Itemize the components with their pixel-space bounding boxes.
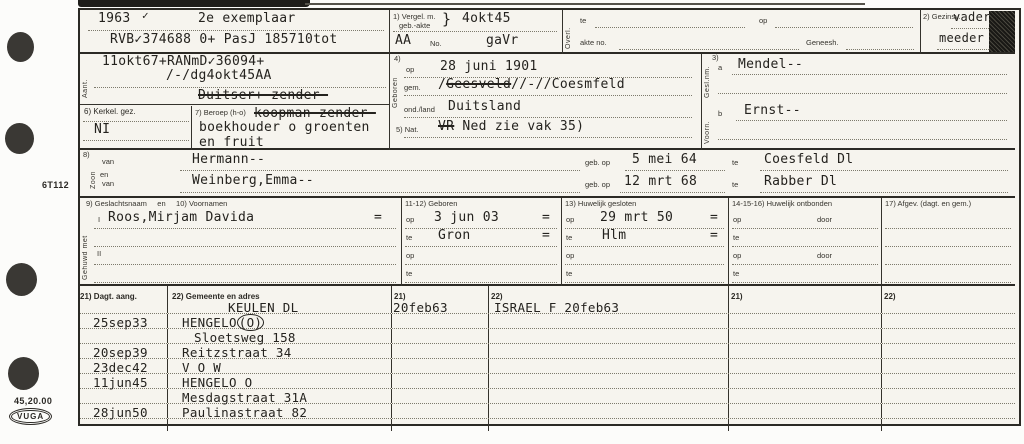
geboren-gem-label: gem. — [404, 84, 421, 92]
dotted-rule — [180, 191, 580, 193]
beroep-cell: 7) Beroep (h-o) koopman-zender- boekhoud… — [192, 106, 390, 150]
aant-beroep-cell: Aant. 11okt67+RANmD✓36094+ /-/dg4okt45AA… — [80, 54, 390, 150]
scanned-registration-card-page: 6T112 45,20.00 VUGA 1963 ✓ 2e exemplaar … — [0, 0, 1024, 444]
moeder-plaats-value: Rabber Dl — [764, 175, 837, 189]
gehuwd-vertical-label: Gehuwd met — [82, 212, 89, 280]
op-label-r1: op — [733, 216, 741, 224]
header-11-12: 11-12) Geboren — [405, 200, 457, 208]
residence-row: KEULEN DL 20feb63 ISRAEL F 20feb63 — [80, 299, 1015, 314]
form-price: 45,20.00 — [14, 396, 52, 406]
kerkel-label: 6) Kerkel. gez. — [84, 108, 136, 116]
dotted-rule — [732, 73, 1007, 75]
dotted-rule — [94, 227, 396, 229]
no-label: No. — [430, 40, 442, 48]
eq-mark: = — [710, 211, 718, 225]
ouders-num: 8) — [83, 151, 90, 159]
section-registration: 1963 ✓ 2e exemplaar RVB✓374688 0+ PasJ 1… — [80, 10, 1015, 54]
corner-hatch-mark — [989, 11, 1015, 52]
field-2-gezinsv: 2) Gezinsv. vader meeder — [920, 10, 1015, 54]
geslnm-vertical-label: Gesl.nm. — [704, 60, 711, 98]
dotted-rule — [846, 48, 914, 50]
vader-naam-value: Hermann-- — [192, 153, 265, 167]
residence-row: 25sep33 HENGELO(O) — [80, 314, 1015, 329]
beroep-value-3: en fruit — [199, 136, 264, 150]
form-code: 6T112 — [42, 180, 69, 190]
huwelijk-gesloten-cell: 13) Huwelijk gesloten op 29 mrt 50 = te … — [562, 198, 729, 286]
field-1-label: 1) Vergel. m. — [393, 13, 436, 21]
dotted-rule — [88, 29, 384, 31]
gem-struck: Geesveld — [446, 77, 511, 92]
moeder-naam-value: Weinberg,Emma-- — [192, 174, 314, 188]
address-value: HENGELO — [182, 315, 237, 330]
te-label-r2: te — [406, 234, 412, 242]
residence-row: 11jun45 HENGELO O — [80, 374, 1015, 389]
dotted-rule — [565, 245, 724, 247]
section-parents: 8) Zoon van Hermann-- en van Weinberg,Em… — [80, 150, 1015, 198]
huw-te-value: Hlm — [602, 229, 626, 243]
vader-geb-value: 5 mei 64 — [632, 153, 697, 167]
geb-te-value: Gron — [438, 229, 471, 243]
te-label-r2: te — [733, 234, 739, 242]
dotted-rule — [775, 26, 913, 28]
geslachtsnaam-value: Mendel-- — [738, 58, 803, 72]
header-14-16: 14-15-16) Huwelijk ontbonden — [732, 200, 832, 208]
eq-mark: = — [710, 229, 718, 243]
dotted-rule — [565, 281, 724, 283]
echtgenote-value: Roos,Mirjam Davida — [108, 211, 254, 225]
scan-edge-line — [305, 3, 865, 5]
en-label: en — [100, 171, 108, 179]
dotted-rule — [718, 138, 1007, 140]
nat-struck: VR — [438, 119, 454, 134]
door-label-r1: door — [817, 216, 832, 224]
naam-num: 3) — [712, 54, 719, 62]
gem-rest: //-//Coesmfeld — [511, 77, 625, 92]
dotted-rule — [885, 227, 1011, 229]
geboren-11-12-cell: 11-12) Geboren op 3 jun 03 = te Gron = o… — [402, 198, 562, 286]
vader-plaats-value: Coesfeld Dl — [764, 153, 853, 167]
dotted-rule — [565, 227, 724, 229]
dotted-rule — [180, 169, 580, 171]
te-label-r4: te — [733, 270, 739, 278]
geb-op-value: 3 jun 03 — [434, 211, 499, 225]
header-13: 13) Huwelijk gesloten — [565, 200, 636, 208]
vergel-date-value: 4okt45 — [462, 12, 511, 26]
te-label-2: te — [732, 181, 738, 189]
dotted-rule — [951, 27, 989, 29]
dotted-rule — [94, 263, 396, 265]
residence-header-row: 21) Dagt. aang. 22) Gemeente en adres 21… — [80, 286, 1015, 299]
aant-line-3-struck: Duitser+-zender- — [198, 89, 328, 103]
gezinsv-value-1: vader — [953, 11, 991, 24]
dotted-rule — [94, 281, 396, 283]
residence-row: Mesdagstraat 31A — [80, 389, 1015, 404]
kerkel-value: NI — [94, 123, 110, 137]
punch-hole-3 — [6, 263, 37, 296]
geboren-op-label: op — [406, 66, 414, 74]
dotted-rule — [760, 191, 1008, 193]
dotted-rule — [405, 263, 557, 265]
dotted-rule — [404, 136, 692, 138]
door-label-r3: door — [817, 252, 832, 260]
afgev-cell: 17) Afgev. (dagt. en gem.) — [882, 198, 1015, 286]
header-17: 17) Afgev. (dagt. en gem.) — [885, 200, 971, 208]
field-1-vergel: 1) Vergel. m. geb.-akte } 4okt45 AA No. … — [390, 10, 562, 54]
moeder-geb-value: 12 mrt 68 — [624, 175, 697, 189]
dotted-rule — [405, 245, 557, 247]
op-label-r3: op — [733, 252, 741, 260]
op-label-r1: op — [406, 216, 414, 224]
dotted-rule — [732, 281, 878, 283]
dotted-rule — [736, 119, 1007, 121]
naam-cell: 3) Gesl.nm. a Mendel-- Voorn. b Ernst-- — [702, 54, 1015, 150]
b-label: b — [718, 110, 722, 118]
aant-vertical-label: Aant. — [82, 62, 89, 98]
te-label-1: te — [732, 159, 738, 167]
te-label-r4: te — [406, 270, 412, 278]
dotted-rule — [565, 263, 724, 265]
punch-hole-4 — [8, 357, 39, 390]
van-label-2: van — [102, 180, 114, 188]
registration-number: RVB✓374688 0+ PasJ 185710tot — [110, 33, 338, 47]
eq-mark: = — [374, 211, 382, 225]
gehuwd-cell: 9) Geslachtsnaam en 10) Voornamen Gehuwd… — [80, 198, 402, 286]
dotted-rule — [405, 281, 557, 283]
eq-mark: = — [542, 229, 550, 243]
akte-no-value: gaVr — [486, 34, 519, 48]
dotted-rule — [937, 48, 989, 50]
year-value: 1963 — [98, 12, 131, 26]
header-9-10: 9) Geslachtsnaam en 10) Voornamen — [86, 200, 227, 208]
beroep-value-2: boekhouder o groenten — [199, 121, 370, 135]
voornaam-value: Ernst-- — [744, 104, 801, 118]
eq-mark: = — [542, 211, 550, 225]
row-i-label: I — [98, 216, 100, 224]
dotted-rule — [732, 245, 878, 247]
nat-value: VR Ned zie vak 35) — [438, 120, 584, 134]
dotted-rule — [625, 169, 725, 171]
op-label: op — [759, 17, 767, 25]
dotted-rule — [83, 120, 189, 122]
exemplaar-value: 2e exemplaar — [198, 12, 296, 26]
scan-smudge — [78, 0, 310, 7]
geneesh-label: Geneesh. — [806, 39, 839, 47]
geboren-op-value: 28 juni 1901 — [440, 60, 538, 74]
brace-glyph: } — [442, 11, 451, 28]
van-label-1: van — [102, 158, 114, 166]
dotted-rule — [760, 169, 1008, 171]
dotted-rule — [83, 139, 189, 141]
huw-op-value: 29 mrt 50 — [600, 211, 673, 225]
dotted-rule — [620, 191, 725, 193]
zoon-vertical-label: Zoon — [90, 159, 97, 189]
dotted-rule — [619, 48, 799, 50]
check-mark: ✓ — [142, 10, 149, 22]
residence-row: 20sep39 Reitzstraat 34 — [80, 344, 1015, 359]
section-marriage: 9) Geslachtsnaam en 10) Voornamen Gehuwd… — [80, 198, 1015, 286]
te-label-r4: te — [566, 270, 572, 278]
beroep-label: 7) Beroep (h-o) — [195, 109, 246, 117]
dotted-rule — [885, 281, 1011, 283]
dotted-rule — [404, 94, 692, 96]
te-label-r2: te — [566, 234, 572, 242]
dotted-rule — [732, 263, 878, 265]
registration-cell: 1963 ✓ 2e exemplaar RVB✓374688 0+ PasJ 1… — [80, 10, 390, 54]
nat-label: 5) Nat. — [396, 126, 419, 134]
field-1-label2: geb.-akte — [399, 22, 430, 30]
residence-row: 28jun50 Paulinastraat 82 — [80, 404, 1015, 419]
dotted-rule — [405, 227, 557, 229]
land-label: ond./land — [404, 106, 435, 114]
gezinsv-value-2: meeder — [939, 32, 984, 45]
land-value: Duitsland — [448, 100, 521, 114]
dotted-rule — [885, 245, 1011, 247]
dotted-rule — [885, 263, 1011, 265]
dotted-rule — [393, 30, 557, 32]
overlijden-cell: Overl. te op akte no. Geneesh. — [562, 10, 920, 54]
op-label-r3: op — [406, 252, 414, 260]
punch-hole-2 — [5, 123, 34, 154]
dotted-rule — [718, 92, 1007, 94]
dotted-rule — [404, 116, 692, 118]
huwelijk-ontbonden-cell: 14-15-16) Huwelijk ontbonden op door te … — [729, 198, 882, 286]
akte-letters-value: AA — [395, 34, 411, 48]
overl-vertical-label: Overl. — [565, 15, 572, 49]
nat-rest: Ned zie vak 35) — [454, 119, 584, 134]
op-label-r3: op — [566, 252, 574, 260]
geboren-cell: 4) Geboren op 28 juni 1901 gem. /Geesvel… — [390, 54, 702, 150]
aant-line-2: /-/dg4okt45AA — [166, 69, 272, 83]
punch-hole-1 — [7, 32, 34, 62]
person-card: 1963 ✓ 2e exemplaar RVB✓374688 0+ PasJ 1… — [78, 8, 1021, 426]
row-ii-label: II — [97, 250, 101, 258]
dotted-rule — [94, 245, 396, 247]
residence-row: Sloetsweg 158 — [80, 329, 1015, 344]
geboren-gem-value: /Geesveld//-//Coesmfeld — [438, 78, 625, 92]
geboren-vertical-label: Geboren — [392, 66, 399, 108]
vuga-stamp: VUGA — [11, 410, 50, 423]
gem-pre: / — [438, 77, 446, 92]
akte-no-label: akte no. — [580, 39, 607, 47]
section-residence: 21) Dagt. aang. 22) Gemeente en adres 21… — [80, 286, 1015, 420]
geboren-num: 4) — [394, 55, 401, 63]
residence-row-empty — [80, 419, 1015, 431]
geb-op-label-2: geb. op — [585, 181, 610, 189]
voorn-vertical-label: Voorn. — [704, 106, 711, 144]
kerkel-cell: 6) Kerkel. gez. NI — [80, 106, 192, 150]
divider-line — [80, 104, 390, 105]
residence-row: 23dec42 V O W — [80, 359, 1015, 374]
te-label: te — [580, 17, 586, 25]
a-label: a — [718, 64, 722, 72]
dotted-rule — [595, 26, 745, 28]
op-label-r1: op — [566, 216, 574, 224]
geb-op-label-1: geb. op — [585, 159, 610, 167]
dotted-rule — [732, 227, 878, 229]
section-main: Aant. 11okt67+RANmD✓36094+ /-/dg4okt45AA… — [80, 54, 1015, 150]
